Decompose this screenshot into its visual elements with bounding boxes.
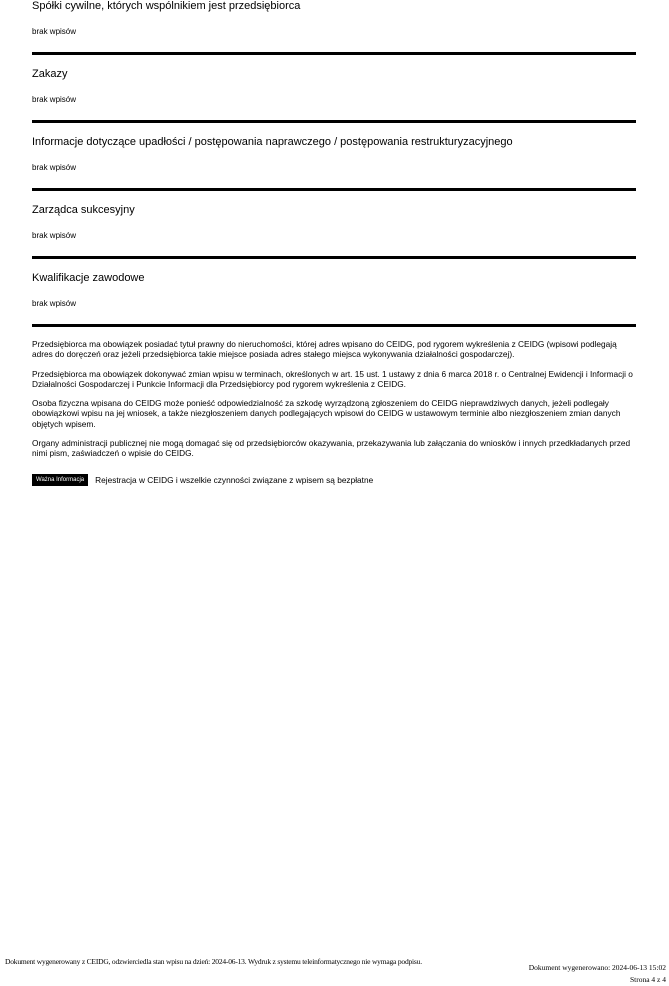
section-title: Informacje dotyczące upadłości / postępo… xyxy=(32,136,636,149)
important-text: Rejestracja w CEIDG i wszelkie czynności… xyxy=(95,475,373,486)
section-title: Zarządca sukcesyjny xyxy=(32,204,636,217)
generated-timestamp: Dokument wygenerowano: 2024-06-13 15:02 xyxy=(529,962,666,974)
important-info: Ważna Informacja Rejestracja w CEIDG i w… xyxy=(32,474,373,486)
divider xyxy=(32,324,636,327)
divider xyxy=(32,188,636,191)
section-title: Zakazy xyxy=(32,68,636,81)
note-paragraph: Przedsiębiorca ma obowiązek posiadać tyt… xyxy=(32,339,636,360)
note-paragraph: Organy administracji publicznej nie mogą… xyxy=(32,438,636,459)
note-paragraph: Przedsiębiorca ma obowiązek dokonywać zm… xyxy=(32,369,636,390)
section-title: Spółki cywilne, których wspólnikiem jest… xyxy=(32,0,636,13)
divider xyxy=(32,52,636,55)
section-qualifications: Kwalifikacje zawodowe brak wpisów xyxy=(32,272,636,285)
legal-notes: Przedsiębiorca ma obowiązek posiadać tyt… xyxy=(32,339,636,468)
section-value: brak wpisów xyxy=(32,95,76,105)
section-bans: Zakazy brak wpisów xyxy=(32,68,636,81)
page-number: Strona 4 z 4 xyxy=(529,974,666,986)
section-civil-partnerships: Spółki cywilne, których wspólnikiem jest… xyxy=(32,0,636,13)
section-succession-manager: Zarządca sukcesyjny brak wpisów xyxy=(32,204,636,217)
section-title: Kwalifikacje zawodowe xyxy=(32,272,636,285)
section-value: brak wpisów xyxy=(32,231,76,241)
section-bankruptcy: Informacje dotyczące upadłości / postępo… xyxy=(32,136,636,149)
footer-disclaimer: Dokument wygenerowany z CEIDG, odzwierci… xyxy=(5,957,422,966)
footer-meta: Dokument wygenerowano: 2024-06-13 15:02 … xyxy=(529,962,666,986)
divider xyxy=(32,120,636,123)
section-value: brak wpisów xyxy=(32,27,76,37)
note-paragraph: Osoba fizyczna wpisana do CEIDG może pon… xyxy=(32,398,636,429)
section-value: brak wpisów xyxy=(32,299,76,309)
divider xyxy=(32,256,636,259)
section-value: brak wpisów xyxy=(32,163,76,173)
important-badge: Ważna Informacja xyxy=(32,474,88,486)
